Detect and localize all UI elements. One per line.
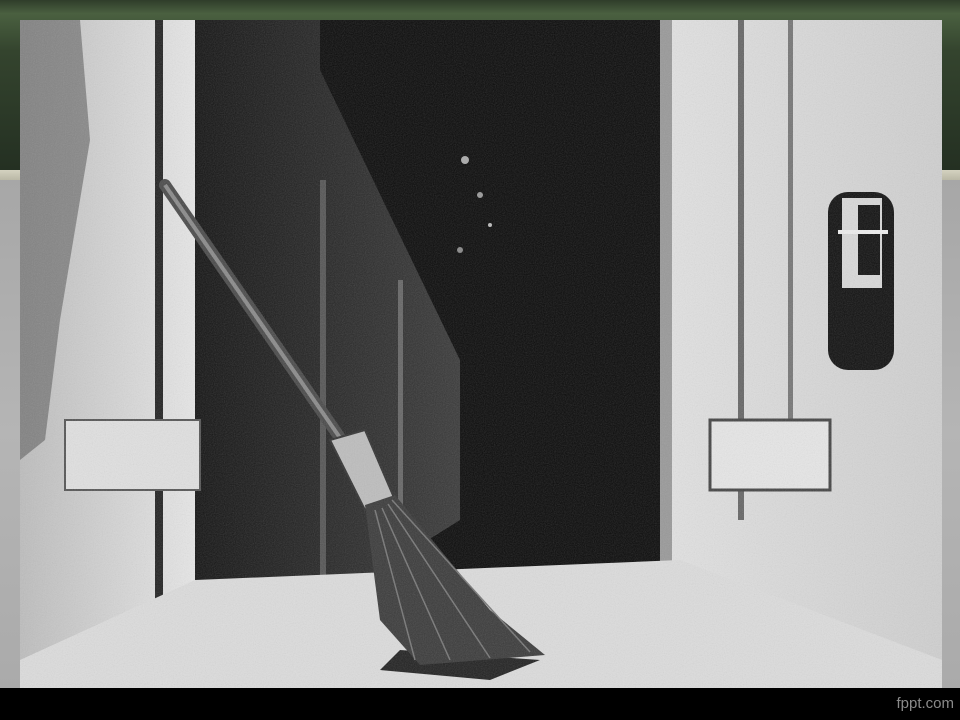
photo-broom-doorway bbox=[20, 20, 942, 688]
footer-brand-text: fppt.com bbox=[896, 695, 954, 712]
photo-illustration bbox=[20, 20, 942, 688]
slide-footer-bar: fppt.com bbox=[0, 688, 960, 720]
